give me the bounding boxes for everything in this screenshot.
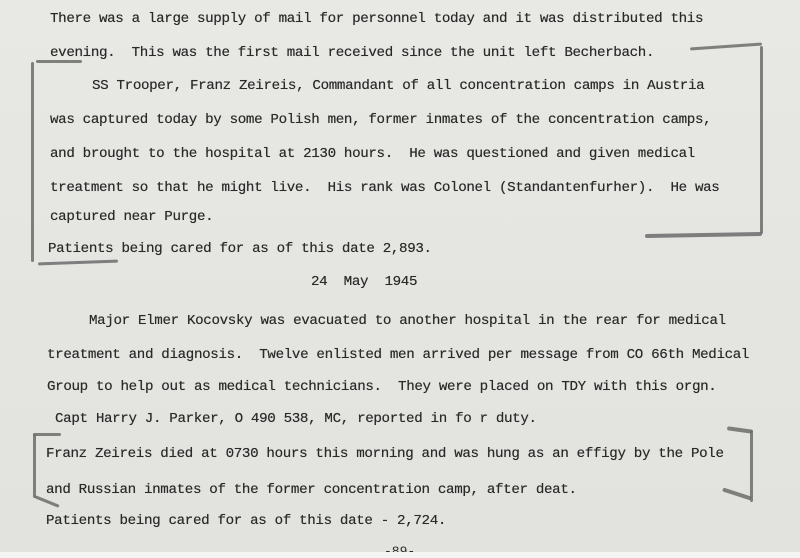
text-line-parker: Capt Harry J. Parker, O 490 538, MC, rep… — [55, 410, 537, 428]
text-line-patients-2893: Patients being cared for as of this date… — [48, 240, 432, 258]
text-line-zeireis-capture-1: SS Trooper, Franz Zeireis, Commandant of… — [92, 77, 704, 95]
text-line-zeireis-capture-2: was captured today by some Polish men, f… — [50, 111, 711, 129]
pencil-bracket-left — [31, 62, 34, 262]
text-line-patients-2724: Patients being cared for as of this date… — [46, 512, 446, 530]
document-page: There was a large supply of mail for per… — [0, 0, 800, 558]
pencil-bracket-top-right — [690, 42, 762, 50]
pencil-bracket2-left — [33, 434, 36, 498]
text-line-zeireis-capture-4: treatment so that he might live. His ran… — [50, 179, 719, 197]
page-bottom-edge — [0, 552, 800, 558]
pencil-bracket2-bottom-right — [722, 487, 752, 500]
text-line-mail-received: evening. This was the first mail receive… — [50, 44, 654, 62]
pencil-bracket-top-left — [36, 60, 82, 63]
text-line-zeireis-death-1: Franz Zeireis died at 0730 hours this mo… — [46, 445, 724, 463]
text-line-zeireis-capture-5: captured near Purge. — [50, 208, 213, 226]
text-line-zeireis-capture-3: and brought to the hospital at 2130 hour… — [50, 145, 695, 163]
text-line-kocovsky-2: treatment and diagnosis. Twelve enlisted… — [47, 346, 749, 364]
date-heading: 24 May 1945 — [311, 273, 417, 291]
pencil-bracket-bottom-right — [645, 232, 762, 238]
pencil-underline-left — [38, 260, 118, 266]
text-line-zeireis-death-2: and Russian inmates of the former concen… — [46, 481, 577, 499]
pencil-bracket2-top-left — [33, 433, 61, 436]
text-line-kocovsky-1: Major Elmer Kocovsky was evacuated to an… — [89, 312, 726, 330]
pencil-bracket2-right — [750, 430, 753, 502]
text-line-kocovsky-3: Group to help out as medical technicians… — [47, 378, 716, 396]
pencil-bracket-right — [760, 46, 763, 234]
text-line-mail-supply: There was a large supply of mail for per… — [50, 10, 703, 28]
